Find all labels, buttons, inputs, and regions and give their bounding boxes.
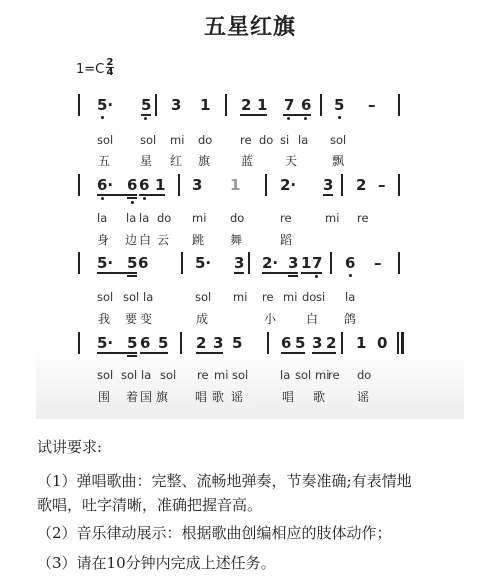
lyric: 白 (306, 310, 318, 327)
lyric: 国 (140, 388, 152, 405)
note: 6 (301, 96, 311, 114)
note: 5 (232, 334, 242, 352)
lyric: 变 (140, 310, 152, 327)
barline (330, 252, 332, 274)
solfege: sol (195, 290, 211, 304)
eighth-underline (240, 114, 267, 116)
note: 6 (140, 334, 150, 352)
note: 7 (312, 254, 322, 272)
eighth-underline (97, 272, 137, 274)
note: 1 (155, 176, 165, 194)
requirement-1-line-1: （1）弹唱歌曲：完整、流畅地弹奏，节奏准确;有表情地 (37, 470, 412, 491)
note: 2· (280, 176, 296, 194)
low-octave-dot (101, 197, 104, 200)
barline (398, 174, 400, 196)
note: 5 (334, 96, 344, 114)
note: 6 (281, 334, 291, 352)
lyric: 天 (285, 152, 297, 169)
barline (265, 174, 267, 196)
lyric: 蓝 (241, 152, 253, 169)
sixteenth-underline (127, 275, 137, 277)
eighth-underline (262, 272, 298, 274)
lyric: 谣 (231, 388, 243, 405)
eighth-underline (141, 114, 151, 116)
note: 5 (158, 334, 168, 352)
eighth-underline (323, 194, 333, 196)
solfege: la (141, 368, 151, 382)
solfege: la (280, 368, 290, 382)
barline (155, 94, 157, 116)
solfege: sol (123, 290, 139, 304)
barline (267, 332, 269, 354)
final-barline (397, 332, 404, 354)
lyric: 旗 (198, 152, 210, 169)
eighth-underline (140, 352, 168, 354)
solfege: re (328, 368, 340, 382)
note: 2 (356, 176, 366, 194)
note: 1 (301, 254, 311, 272)
solfege: la (298, 133, 308, 147)
solfege: do (198, 133, 212, 147)
barline (178, 174, 180, 196)
solfege: sol (160, 368, 176, 382)
time-signature: 2 4 (106, 58, 114, 77)
lyric: 唱 (195, 388, 207, 405)
note: 2 (326, 334, 336, 352)
eighth-underline (139, 194, 165, 196)
solfege: do (157, 211, 171, 225)
requirement-2: （2）音乐律动展示：根据歌曲创编相应的肢体动作； (37, 522, 392, 543)
requirements-heading: 试讲要求: (37, 436, 102, 457)
solfege: re (357, 211, 369, 225)
solfege: re (197, 368, 209, 382)
solfege: si (316, 290, 325, 304)
eighth-underline (301, 272, 322, 274)
note: 1 (257, 96, 267, 114)
solfege: sol (97, 290, 113, 304)
solfege: sol (121, 368, 137, 382)
note: 2· (262, 254, 278, 272)
note: 3 (323, 176, 333, 194)
lyric: 飘 (332, 152, 344, 169)
note: 7 (284, 96, 294, 114)
low-octave-dot (144, 117, 147, 120)
key-signature: 1=C (76, 62, 104, 77)
lyric: 旗 (156, 388, 168, 405)
solfege: sol (295, 368, 311, 382)
low-octave-dot (131, 201, 134, 204)
note: 6 (127, 176, 137, 194)
solfege: re (262, 290, 274, 304)
solfege: la (97, 211, 107, 225)
eighth-underline (97, 352, 137, 354)
lyric: 鸽 (344, 310, 356, 327)
solfege: do (357, 368, 371, 382)
solfege: sol (232, 368, 248, 382)
solfege: mi (283, 290, 297, 304)
barline (180, 332, 182, 354)
note: 5 (127, 334, 137, 352)
dash: – (374, 254, 382, 272)
note: 6 (138, 254, 148, 272)
solfege: sol (97, 133, 113, 147)
note: 5· (195, 254, 211, 272)
lyric: 谣 (357, 388, 369, 405)
solfege: la (345, 290, 355, 304)
note: 5 (141, 96, 151, 114)
note: 3 (234, 254, 244, 272)
lyric: 星 (140, 152, 152, 169)
low-octave-dot (349, 274, 352, 277)
solfege: la (143, 290, 153, 304)
barline (225, 94, 227, 116)
solfege: do (302, 290, 316, 304)
low-octave-dot (304, 117, 307, 120)
barline (341, 332, 343, 354)
requirement-1-line-2: 歌唱，吐字清晰，准确把握音高。 (37, 494, 262, 515)
note: 2 (196, 334, 206, 352)
score-row-1: 5· 5 3 1 2 1 7 6 5 – sol sol mi do re do… (0, 88, 500, 168)
lyric: 成 (196, 310, 208, 327)
solfege: sol (140, 133, 156, 147)
low-octave-dot (338, 116, 341, 119)
note: 3 (288, 254, 298, 272)
lyric: 红 (170, 152, 182, 169)
note: 5· (97, 254, 113, 272)
solfege: sol (330, 133, 346, 147)
barline (181, 252, 183, 274)
solfege: re (280, 211, 292, 225)
note: 3 (213, 334, 223, 352)
low-octave-dot (287, 117, 290, 120)
lyric: 五 (98, 152, 110, 169)
sixteenth-underline (127, 355, 137, 357)
note: 5 (295, 334, 305, 352)
lyric: 我 (98, 310, 110, 327)
note: 5 (127, 254, 137, 272)
solfege: mi (325, 211, 339, 225)
solfege: re (240, 133, 252, 147)
note: 5· (97, 96, 113, 114)
barline (78, 252, 80, 274)
note: 1 (200, 96, 210, 114)
note: 5· (97, 334, 113, 352)
solfege: sol (97, 368, 113, 382)
eighth-underline (281, 352, 305, 354)
solfege: mi (192, 211, 206, 225)
low-octave-dot (315, 275, 318, 278)
eighth-underline (312, 352, 336, 354)
eighth-underline (234, 272, 244, 274)
lyric: 小 (264, 310, 276, 327)
score-row-3: 5· 5 6 5· 3 2· 3 1 7 6 – sol sol la sol … (0, 246, 500, 326)
solfege: mi (233, 290, 247, 304)
lyric: 着 (126, 388, 138, 405)
barline (78, 174, 80, 196)
barline (341, 174, 343, 196)
note: 1 (230, 176, 240, 194)
solfege: mi (170, 133, 184, 147)
lyric: 歌 (313, 388, 325, 405)
note: 3 (192, 176, 202, 194)
lyric: 要 (125, 310, 137, 327)
barline (320, 94, 322, 116)
solfege: la (139, 211, 149, 225)
lyric: 歌 (212, 388, 224, 405)
eighth-underline (97, 194, 137, 196)
time-signature-top: 2 (106, 58, 114, 67)
low-octave-dot (143, 197, 146, 200)
solfege: do (259, 133, 273, 147)
barline (398, 94, 400, 116)
note: 3 (171, 96, 181, 114)
note: 0 (377, 334, 387, 352)
note: 1 (356, 334, 366, 352)
score-row-2: 6· 6 6 1 3 1 2· 3 2 – la la la do mi do … (0, 168, 500, 248)
eighth-underline (196, 352, 223, 354)
time-signature-bottom: 4 (106, 68, 114, 77)
sixteenth-underline (127, 197, 137, 199)
solfege: si (280, 133, 289, 147)
eighth-underline (283, 114, 311, 116)
solfege: la (126, 211, 136, 225)
lyric: 围 (98, 388, 110, 405)
low-octave-dot (101, 116, 104, 119)
lyric: 唱 (282, 388, 294, 405)
requirement-3: （3）请在10分钟内完成上述任务。 (37, 552, 276, 573)
barline (248, 252, 250, 274)
song-title: 五星红旗 (0, 10, 500, 41)
note: 6 (345, 254, 355, 272)
barline (78, 94, 80, 116)
dash: – (368, 96, 376, 114)
score-row-4: 5· 5 6 5 2 3 5 6 5 3 2 1 0 sol sol la so… (0, 326, 500, 406)
note: 3 (312, 334, 322, 352)
solfege: do (230, 211, 244, 225)
note: 2 (241, 96, 251, 114)
note: 6· (97, 176, 113, 194)
note: 6 (139, 176, 149, 194)
dash: – (378, 176, 386, 194)
solfege: mi (214, 368, 228, 382)
barline (398, 252, 400, 274)
barline (78, 332, 80, 354)
sixteenth-underline (288, 275, 298, 277)
